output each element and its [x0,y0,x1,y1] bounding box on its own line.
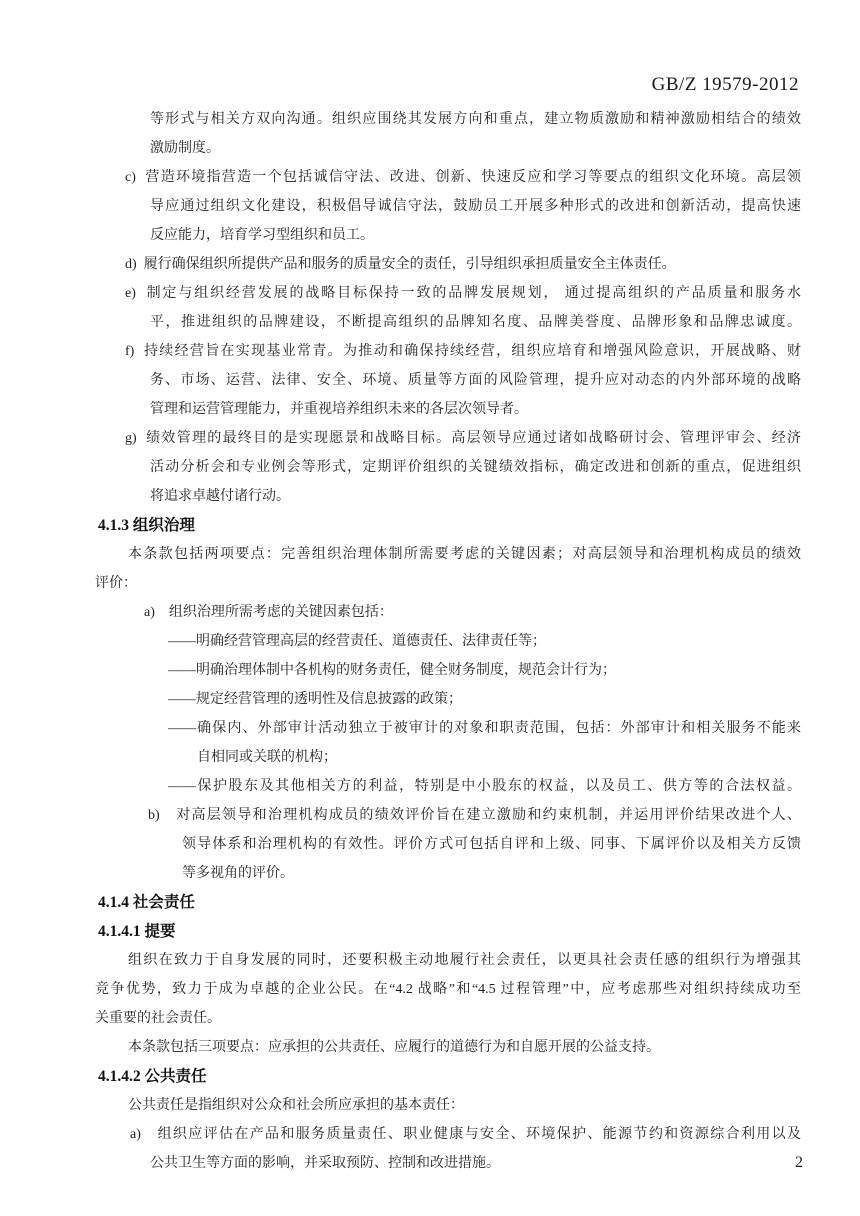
text-line: 活动分析会和专业例会等形式，定期评价组织的关键绩效指标，确定改进和创新的重点，促… [150,453,801,482]
text-line: c) 营造环境指营造一个包括诚信守法、改进、创新、快速反应和学习等要点的组织文化… [125,163,801,192]
document-code-header: GB/Z 19579-2012 [652,74,799,96]
section-heading: 4.1.3 组织治理 [98,511,801,540]
section-heading: 4.1.4.1 提要 [98,917,801,946]
text-line: 关重要的社会责任。 [95,1004,801,1033]
section-heading: 4.1.4 社会责任 [98,888,801,917]
text-line: a) 组织治理所需考虑的关键因素包括： [144,598,801,627]
text-line: 导应通过组织文化建设，积极倡导诚信守法，鼓励员工开展多种形式的改进和创新活动，提… [150,192,801,221]
text-line: d) 履行确保组织所提供产品和服务的质量安全的责任，引导组织承担质量安全主体责任… [125,250,801,279]
text-line: 将追求卓越付诸行动。 [150,482,801,511]
section-heading: 4.1.4.2 公共责任 [98,1062,801,1091]
text-line: 激励制度。 [150,134,801,163]
text-line: f) 持续经营旨在实现基业常青。为推动和确保持续经营，组织应培育和增强风险意识，… [125,337,801,366]
text-line: 组织在致力于自身发展的同时，还要积极主动地履行社会责任，以更具社会责任感的组织行… [128,946,801,975]
text-line: 本条款包括三项要点：应承担的公共责任、应履行的道德行为和自愿开展的公益支持。 [128,1033,801,1062]
text-line: ——规定经营管理的透明性及信息披露的政策； [168,685,801,714]
text-line: 竞争优势，致力于成为卓越的企业公民。在“4.2 战略”和“4.5 过程管理”中，… [95,975,801,1004]
text-line: 公共卫生等方面的影响，并采取预防、控制和改进措施。 [150,1149,801,1178]
text-line: 务、市场、运营、法律、安全、环境、质量等方面的风险管理，提升应对动态的内外部环境… [150,366,801,395]
text-line: 等多视角的评价。 [182,859,801,888]
text-line: 反应能力，培育学习型组织和员工。 [150,221,801,250]
document-body: 等形式与相关方双向沟通。组织应围绕其发展方向和重点，建立物质激励和精神激励相结合… [95,105,801,1178]
text-line: ——确保内、外部审计活动独立于被审计的对象和职责范围，包括：外部审计和相关服务不… [168,714,801,743]
text-line: 领导体系和治理机构的有效性。评价方式可包括自评和上级、同事、下属评价以及相关方反… [182,830,801,859]
text-line: 本条款包括两项要点：完善组织治理体制所需要考虑的关键因素；对高层领导和治理机构成… [128,540,801,569]
text-line: e) 制定与组织经营发展的战略目标保持一致的品牌发展规划， 通过提高组织的产品质… [125,279,801,308]
text-line: 自相同或关联的机构； [197,743,801,772]
page-number: 2 [795,1148,803,1177]
text-line: 公共责任是指组织对公众和社会所应承担的基本责任： [128,1091,801,1120]
text-line: ——明确治理体制中各机构的财务责任，健全财务制度，规范会计行为； [168,656,801,685]
text-line: g) 绩效管理的最终目的是实现愿景和战略目标。高层领导应通过诸如战略研讨会、管理… [125,424,801,453]
text-line: 管理和运营管理能力，并重视培养组织未来的各层次领导者。 [150,395,801,424]
document-page: GB/Z 19579-2012 等形式与相关方双向沟通。组织应围绕其发展方向和重… [0,0,860,1216]
text-line: 平，推进组织的品牌建设，不断提高组织的品牌知名度、品牌美誉度、品牌形象和品牌忠诚… [150,308,801,337]
text-line: b) 对高层领导和治理机构成员的绩效评价旨在建立激励和约束机制，并运用评价结果改… [148,801,801,830]
text-line: a) 组织应评估在产品和服务质量责任、职业健康与安全、环境保护、能源节约和资源综… [130,1120,801,1149]
text-line: ——保护股东及其他相关方的利益，特别是中小股东的权益，以及员工、供方等的合法权益… [168,772,801,801]
text-line: ——明确经营管理高层的经营责任、道德责任、法律责任等； [168,627,801,656]
text-line: 评价： [95,569,801,598]
text-line: 等形式与相关方双向沟通。组织应围绕其发展方向和重点，建立物质激励和精神激励相结合… [150,105,801,134]
